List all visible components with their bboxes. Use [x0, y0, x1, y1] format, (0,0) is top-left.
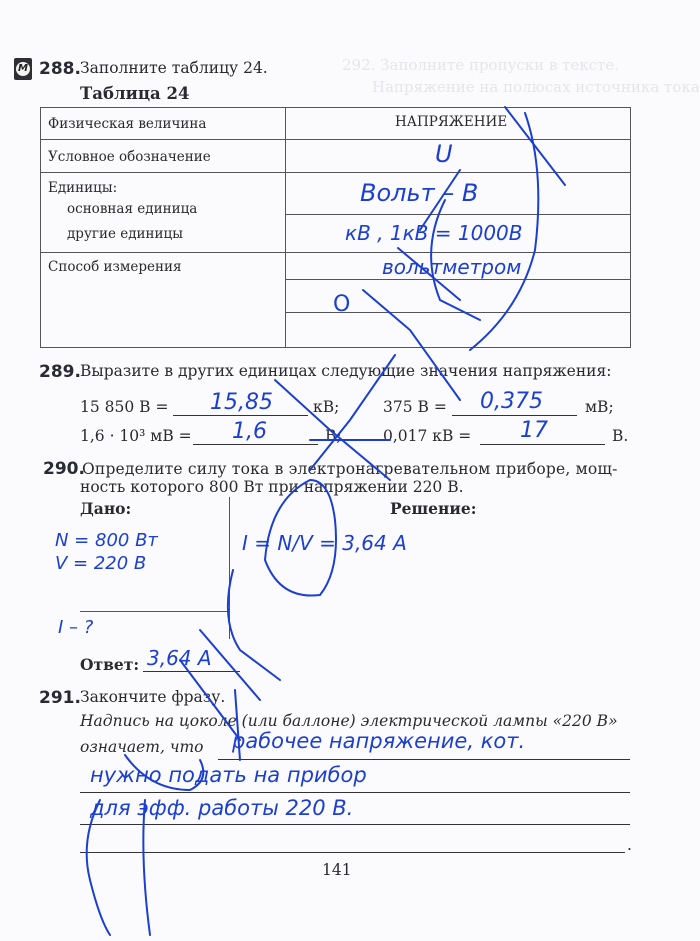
- cell-quantity-value: НАПРЯЖЕНИЕ: [395, 114, 507, 130]
- task-288-prompt: Заполните таблицу 24.: [80, 59, 268, 77]
- given-voltage[interactable]: V = 220 В: [55, 553, 146, 574]
- bleed-through-text: 292. Заполните пропуски в тексте.: [342, 56, 619, 74]
- table-subrow-divider: [285, 214, 631, 215]
- answer-blank: [480, 444, 605, 445]
- conversion-lhs: 1,6 · 10³ мВ =: [80, 427, 192, 445]
- cell-symbol-value[interactable]: U: [435, 140, 453, 168]
- conversion-lhs: 15 850 В =: [80, 398, 168, 416]
- conversion-lhs: 0,017 кВ =: [383, 427, 471, 445]
- find-divider: [80, 611, 229, 612]
- answer-blank: [452, 415, 577, 416]
- answer-value[interactable]: 3,64 А: [147, 646, 212, 670]
- task-290-prompt-line2: ность которого 800 Вт при напряжении 220…: [80, 478, 464, 496]
- end-mark: .: [627, 836, 632, 854]
- answer-label: Ответ:: [80, 655, 139, 674]
- cell-base-unit-value[interactable]: Вольт – В: [360, 179, 478, 207]
- solution-label: Решение:: [390, 499, 476, 518]
- conversion-unit: В;: [325, 427, 342, 445]
- task-288-number: 288.: [39, 59, 81, 79]
- row-label-units: Единицы:: [48, 180, 117, 196]
- given-label: Дано:: [80, 499, 131, 518]
- row-label-symbol: Условное обозначение: [48, 149, 211, 165]
- answer-line-text[interactable]: нужно подать на прибор: [90, 763, 367, 787]
- answer-blank: [173, 415, 308, 416]
- task-289-number: 289.: [39, 362, 81, 382]
- row-label-method: Способ измерения: [48, 259, 182, 275]
- table-row-divider: [40, 252, 631, 253]
- given-power[interactable]: N = 800 Вт: [55, 530, 158, 551]
- bleed-through-text: Напряжение на полюсах источника тока: [372, 78, 700, 96]
- task-290-number: 290.: [43, 459, 85, 479]
- given-divider: [229, 497, 230, 639]
- table-row-divider: [40, 139, 631, 140]
- row-label-quantity: Физическая величина: [48, 116, 206, 132]
- row-label-base-unit: основная единица: [67, 201, 197, 217]
- table-subrow-divider: [285, 279, 631, 280]
- conversion-unit: кВ;: [313, 398, 339, 416]
- answer-blank: [143, 671, 240, 672]
- task-291-sentence: Надпись на цоколе (или баллоне) электрич…: [80, 712, 618, 730]
- conversion-answer[interactable]: 15,85: [210, 390, 273, 415]
- conversion-unit: В.: [612, 427, 628, 445]
- find-current[interactable]: I – ?: [58, 617, 93, 638]
- answer-line: [218, 759, 630, 760]
- answer-blank: [193, 444, 318, 445]
- conversion-unit: мВ;: [585, 398, 614, 416]
- conversion-answer[interactable]: 17: [520, 418, 548, 443]
- answer-line: [80, 824, 630, 825]
- row-label-other-units: другие единицы: [67, 226, 183, 242]
- page-number: 141: [322, 861, 352, 879]
- answer-line: [80, 792, 630, 793]
- conversion-answer[interactable]: 1,6: [232, 419, 267, 444]
- answer-line-text[interactable]: для эфф. работы 220 В.: [90, 796, 353, 820]
- table-row-divider: [40, 172, 631, 173]
- task-290-prompt-line1: Определите силу тока в электронагревател…: [82, 460, 618, 478]
- conversion-answer[interactable]: 0,375: [480, 389, 543, 414]
- m-badge-icon: М: [14, 58, 32, 80]
- solution-formula[interactable]: I = N/V = 3,64 А: [242, 531, 407, 555]
- task-291-lead: означает, что: [80, 738, 204, 756]
- task-291-number: 291.: [39, 688, 81, 708]
- cell-other-units-value[interactable]: кВ , 1кВ = 1000В: [345, 221, 523, 245]
- answer-line: [80, 852, 625, 853]
- table-title: Таблица 24: [80, 84, 189, 103]
- task-289-prompt: Выразите в других единицах следующие зна…: [80, 362, 612, 380]
- cell-method-value[interactable]: вольтметром: [382, 255, 521, 279]
- stray-mark: O: [333, 292, 350, 317]
- answer-line-text[interactable]: рабочее напряжение, кот.: [232, 729, 525, 753]
- conversion-lhs: 375 В =: [383, 398, 447, 416]
- task-291-prompt: Закончите фразу.: [80, 688, 225, 706]
